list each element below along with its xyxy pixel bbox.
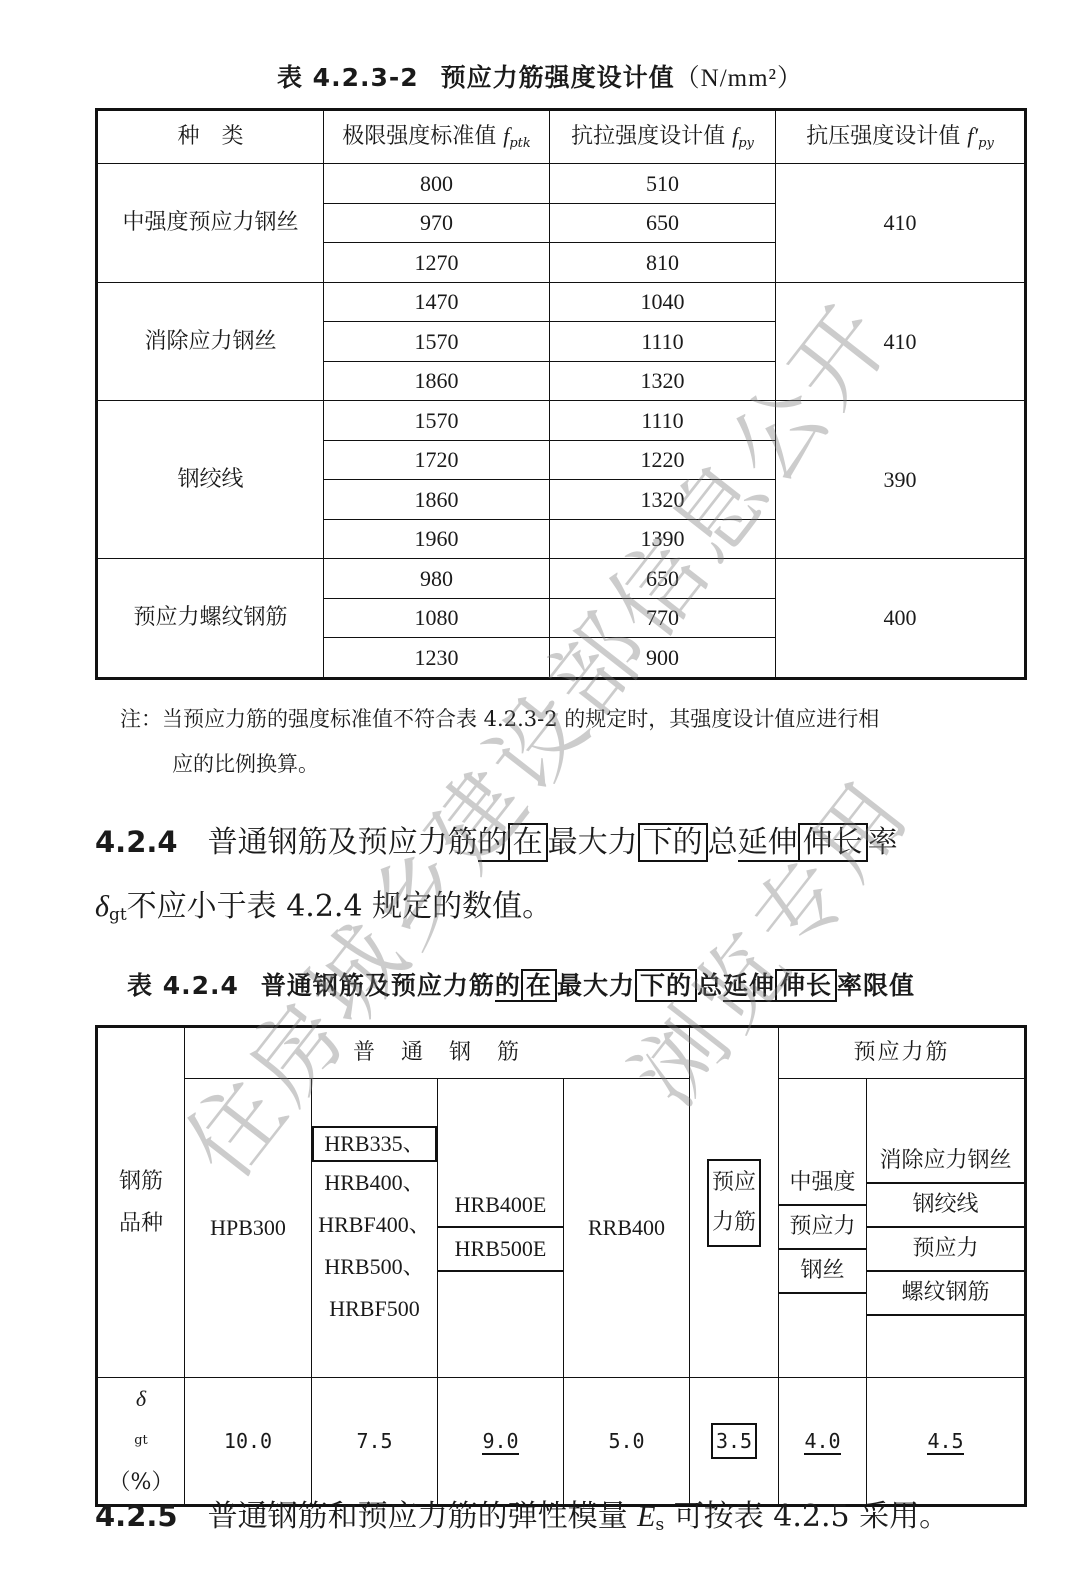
fpy-cell: 1220 [550,440,776,480]
table1-caption-unit: （N/mm²） [675,65,803,92]
underlined-text: 延伸 [723,971,775,1002]
fpy-cell: 1110 [550,322,776,362]
row-header-line: 品种 [98,1203,184,1245]
fpy-cell: 810 [550,243,776,283]
fpy-cell: 1320 [550,480,776,520]
table1-caption: 表 4.2.3-2预应力筋强度设计值（N/mm²） [0,58,1080,94]
boxed-deleted-text: 在 [521,969,557,1002]
underlined-text: 9.0 [482,1429,518,1455]
fptk-cell: 1720 [324,440,550,480]
caption-text: 最大力 [557,971,635,1000]
clause-text: 不应小于表 4.2.4 规定的数值。 [127,889,552,924]
fptk-cell: 1960 [324,519,550,559]
underlined-text: 中强度 [779,1162,866,1206]
boxed-deleted-text: 下的 [635,969,697,1002]
modulus-symbol: E [637,1500,655,1533]
clause-text: 最大力 [548,825,638,860]
table2-caption: 表 4.2.4普通钢筋及预应力筋的在最大力下的总延伸伸长率限值 [127,966,915,1002]
type-line: HRB400、 [312,1162,437,1204]
table1-header-row: 种 类 极限强度标准值 fptk 抗拉强度设计值 fpy 抗压强度设计值 f′p… [97,110,1026,164]
underlined-text: HRB400E [438,1184,563,1228]
row-header-steel-type: 钢筋品种 [97,1027,185,1378]
category-cell: 预应力螺纹钢筋 [97,559,324,679]
compressive-cell: 400 [776,559,1026,679]
type-hpb300: HPB300 [185,1079,312,1378]
table-row: 预应力螺纹钢筋 980 650 400 [97,559,1026,599]
fptk-cell: 1080 [324,598,550,638]
underlined-text: 的 [495,971,521,1002]
type-line: 预应 [712,1163,756,1203]
delta-subscript: gt [98,1420,184,1462]
underlined-text: 4.5 [927,1429,963,1455]
type-other-prestress: 消除应力钢丝钢绞线预应力螺纹钢筋 [867,1079,1026,1378]
table-row: 中强度预应力钢丝 800 510 410 [97,164,1026,204]
clause-number: 4.2.5 [95,1499,178,1533]
underlined-text: 钢绞线 [867,1184,1024,1228]
header-fpy-prime-label: 抗压强度设计值 [806,124,967,149]
underlined-text: 螺纹钢筋 [867,1272,1024,1316]
type-line: HRB500、 [312,1246,437,1288]
underlined-text: 消除应力钢丝 [867,1140,1024,1184]
type-line: 力筋 [712,1203,756,1243]
fpy-cell: 1320 [550,361,776,401]
clause-text: 总 [708,825,738,860]
type-prestress-old: 预应力筋 [690,1027,779,1378]
type-line: HRBF400、 [312,1204,437,1246]
underlined-text: 钢丝 [779,1250,866,1294]
note-line-1: 注：当预应力筋的强度标准值不符合表 4.2.3-2 的规定时，其强度设计值应进行… [120,707,879,731]
type-hrb335-group: HRB335、 HRB400、 HRBF400、 HRB500、 HRBF500 [312,1079,438,1378]
category-cell: 中强度预应力钢丝 [97,164,324,283]
clause-text: 普通钢筋及预应力筋 [208,825,478,860]
fpy-cell: 770 [550,598,776,638]
boxed-deleted-text: 下的 [638,823,708,862]
document-page: 表 4.2.3-2预应力筋强度设计值（N/mm²） 种 类 极限强度标准值 fp… [0,0,1080,1583]
compressive-cell: 410 [776,282,1026,401]
table-row: 消除应力钢丝 1470 1040 410 [97,282,1026,322]
header-fptk: 极限强度标准值 fptk [324,110,550,164]
fpy-cell: 650 [550,203,776,243]
group-prestressed-steel: 预应力筋 [779,1027,1026,1079]
header-category: 种 类 [97,110,324,164]
fpy-cell: 510 [550,164,776,204]
underlined-text: HRB500E [438,1228,563,1272]
underlined-text: 预应力 [867,1228,1024,1272]
header-fpy-prime: 抗压强度设计值 f′py [776,110,1026,164]
underlined-text: 延伸 [738,825,798,862]
clause-text: 率 [868,825,898,860]
fptk-cell: 1230 [324,638,550,679]
fptk-cell: 1470 [324,282,550,322]
header-fpy-label: 抗拉强度设计值 [571,124,732,149]
delta-subscript: gt [109,905,127,925]
fpy-cell: 900 [550,638,776,679]
fpy-cell: 1390 [550,519,776,559]
fptk-cell: 1570 [324,401,550,441]
header-fptk-label: 极限强度标准值 [342,124,503,149]
table2-caption-number: 表 4.2.4 [127,971,239,1000]
group-ordinary-steel: 普 通 钢 筋 [185,1027,690,1079]
clause-text: 可按表 4.2.5 采用。 [664,1499,949,1534]
type-rrb400: RRB400 [564,1079,690,1378]
table2-type-row: HPB300 HRB335、 HRB400、 HRBF400、 HRB500、 … [97,1079,1026,1378]
category-cell: 钢绞线 [97,401,324,559]
underlined-text: 的 [478,825,508,862]
table1-note: 注：当预应力筋的强度标准值不符合表 4.2.3-2 的规定时，其强度设计值应进行… [120,697,1030,787]
fptk-cell: 1860 [324,480,550,520]
boxed-deleted-text: HRB335、 [312,1126,437,1162]
table2-elongation-limits: 钢筋品种 普 通 钢 筋 预应力筋 预应力筋 HPB300 HRB335、 HR… [95,1025,1027,1507]
fptk-cell: 800 [324,164,550,204]
header-fpy: 抗拉强度设计值 fpy [550,110,776,164]
fptk-cell: 1860 [324,361,550,401]
note-line-2: 应的比例换算。 [120,742,1030,787]
delta-symbol: δ [98,1378,184,1420]
fpy-cell: 1110 [550,401,776,441]
type-mid-strength-wire: 中强度预应力钢丝 [779,1079,867,1378]
boxed-deleted-text: 在 [508,823,548,862]
underlined-text: 预应力 [779,1206,866,1250]
fpy-cell: 650 [550,559,776,599]
caption-text: 总 [697,971,723,1000]
table1-caption-number: 表 4.2.3-2 [277,63,419,92]
type-line: HRBF500 [312,1288,437,1330]
table1-prestress-strength: 种 类 极限强度标准值 fptk 抗拉强度设计值 fpy 抗压强度设计值 f′p… [95,108,1027,680]
type-hrb400e-group: HRB400EHRB500E [438,1079,564,1378]
fptk-cell: 980 [324,559,550,599]
table2-group-row: 钢筋品种 普 通 钢 筋 预应力筋 预应力筋 [97,1027,1026,1079]
clause-4-2-4: 4.2.4普通钢筋及预应力筋的在最大力下的总延伸伸长率 δgt不应小于表 4.2… [95,810,1035,947]
fptk-cell: 1570 [324,322,550,362]
clause-text: 普通钢筋和预应力筋的弹性模量 [208,1499,638,1534]
fptk-cell: 970 [324,203,550,243]
category-cell: 消除应力钢丝 [97,282,324,401]
underlined-text: 4.0 [804,1429,840,1455]
header-fpy-prime-symbol: f′ [967,123,978,148]
header-fpy-subscript: py [738,136,754,151]
boxed-deleted-text: 伸长 [775,969,837,1002]
row-header-line: 钢筋 [98,1161,184,1203]
compressive-cell: 410 [776,164,1026,283]
table-row: 钢绞线 1570 1110 390 [97,401,1026,441]
fptk-cell: 1270 [324,243,550,283]
boxed-deleted-text: 伸长 [798,823,868,862]
header-fptk-subscript: ptk [509,136,530,151]
caption-text: 普通钢筋及预应力筋 [261,971,495,1000]
clause-4-2-5: 4.2.5普通钢筋和预应力筋的弹性模量 Es 可按表 4.2.5 采用。 [95,1484,1035,1557]
compressive-cell: 390 [776,401,1026,559]
boxed-deleted-text: 3.5 [711,1423,757,1459]
clause-number: 4.2.4 [95,825,178,859]
header-fpy-prime-subscript: py [978,136,994,151]
table1-caption-title: 预应力筋强度设计值 [441,63,675,92]
caption-text: 率限值 [837,971,915,1000]
fpy-cell: 1040 [550,282,776,322]
delta-symbol: δ [95,890,109,923]
modulus-subscript: s [655,1515,664,1535]
